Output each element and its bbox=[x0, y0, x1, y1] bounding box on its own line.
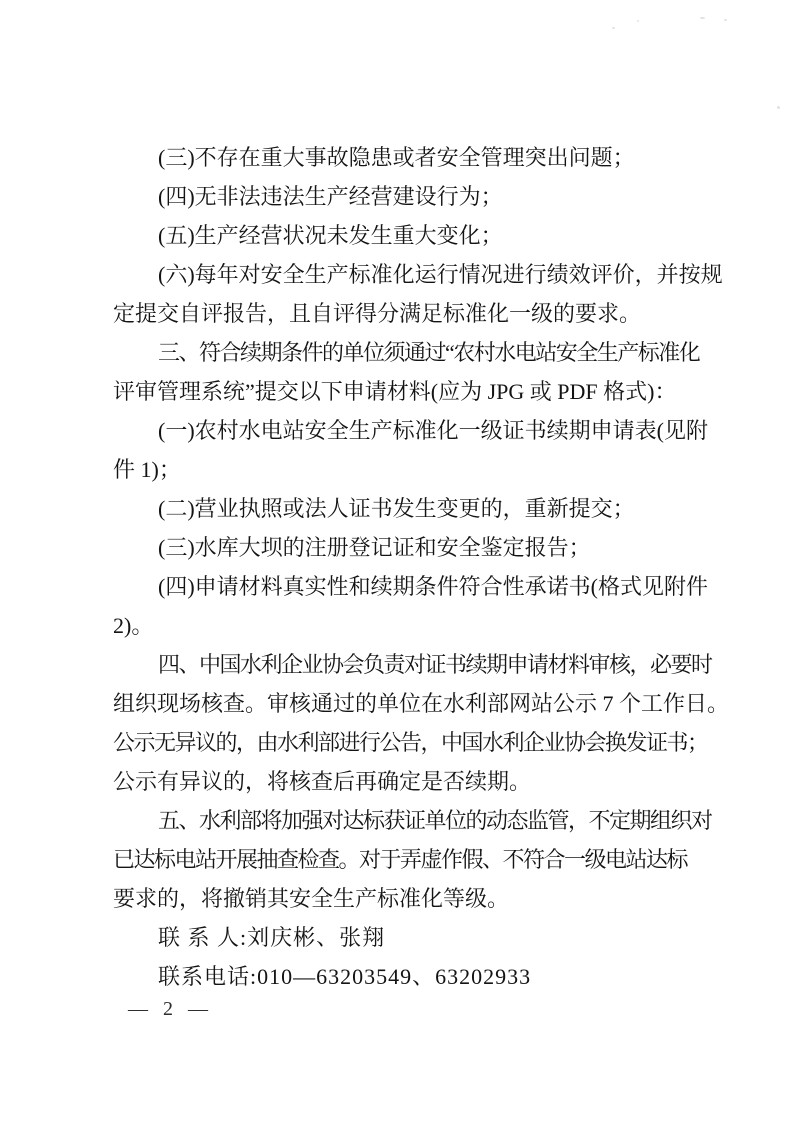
document-page: (三)不存在重大事故隐患或者安全管理突出问题； (四)无非法违法生产经营建设行为… bbox=[0, 0, 800, 1125]
condition-4-line: (四)无非法违法生产经营建设行为； bbox=[113, 177, 713, 216]
section-4-line-2: 组织现场核查。审核通过的单位在水利部网站公示 7 个工作日。 bbox=[113, 684, 713, 723]
contact-person-line: 联 系 人:刘庆彬、张翔 bbox=[113, 918, 713, 957]
material-1-line-2: 件 1)； bbox=[113, 450, 713, 489]
section-5-line-1: 五、水利部将加强对达标获证单位的动态监管，不定期组织对 bbox=[113, 801, 713, 840]
condition-6-line-1: (六)每年对安全生产标准化运行情况进行绩效评价，并按规 bbox=[113, 255, 713, 294]
section-4-line-1: 四、中国水利企业协会负责对证书续期申请材料审核，必要时 bbox=[113, 645, 713, 684]
section-3-line-1: 三、符合续期条件的单位须通过“农村水电站安全生产标准化 bbox=[113, 333, 713, 372]
document-body: (三)不存在重大事故隐患或者安全管理突出问题； (四)无非法违法生产经营建设行为… bbox=[113, 138, 713, 996]
material-4-line-2: 2)。 bbox=[113, 606, 713, 645]
section-4-line-3: 公示无异议的，由水利部进行公告，中国水利企业协会换发证书； bbox=[113, 723, 713, 762]
section-3-line-2: 评审管理系统”提交以下申请材料(应为 JPG 或 PDF 格式)： bbox=[113, 372, 713, 411]
page-number: — 2 — bbox=[128, 995, 209, 1023]
section-5-line-3: 要求的，将撤销其安全生产标准化等级。 bbox=[113, 879, 713, 918]
material-4-line-1: (四)申请材料真实性和续期条件符合性承诺书(格式见附件 bbox=[113, 567, 713, 606]
condition-5-line: (五)生产经营状况未发生重大变化； bbox=[113, 216, 713, 255]
material-3-line: (三)水库大坝的注册登记证和安全鉴定报告； bbox=[113, 528, 713, 567]
material-2-line: (二)营业执照或法人证书发生变更的，重新提交； bbox=[113, 489, 713, 528]
condition-3-line: (三)不存在重大事故隐患或者安全管理突出问题； bbox=[113, 138, 713, 177]
scan-speck bbox=[777, 106, 780, 109]
section-4-line-4: 公示有异议的，将核查后再确定是否续期。 bbox=[113, 762, 713, 801]
section-5-line-2: 已达标电站开展抽查检查。对于弄虚作假、不符合一级电站达标 bbox=[113, 840, 713, 879]
condition-6-line-2: 定提交自评报告，且自评得分满足标准化一级的要求。 bbox=[113, 294, 713, 333]
scan-speck bbox=[700, 17, 705, 19]
scan-speck bbox=[724, 19, 727, 21]
scan-speck bbox=[612, 27, 615, 29]
material-1-line-1: (一)农村水电站安全生产标准化一级证书续期申请表(见附 bbox=[113, 411, 713, 450]
scan-speck bbox=[637, 20, 639, 22]
contact-phone-line: 联系电话:010—63203549、63202933 bbox=[113, 957, 713, 996]
